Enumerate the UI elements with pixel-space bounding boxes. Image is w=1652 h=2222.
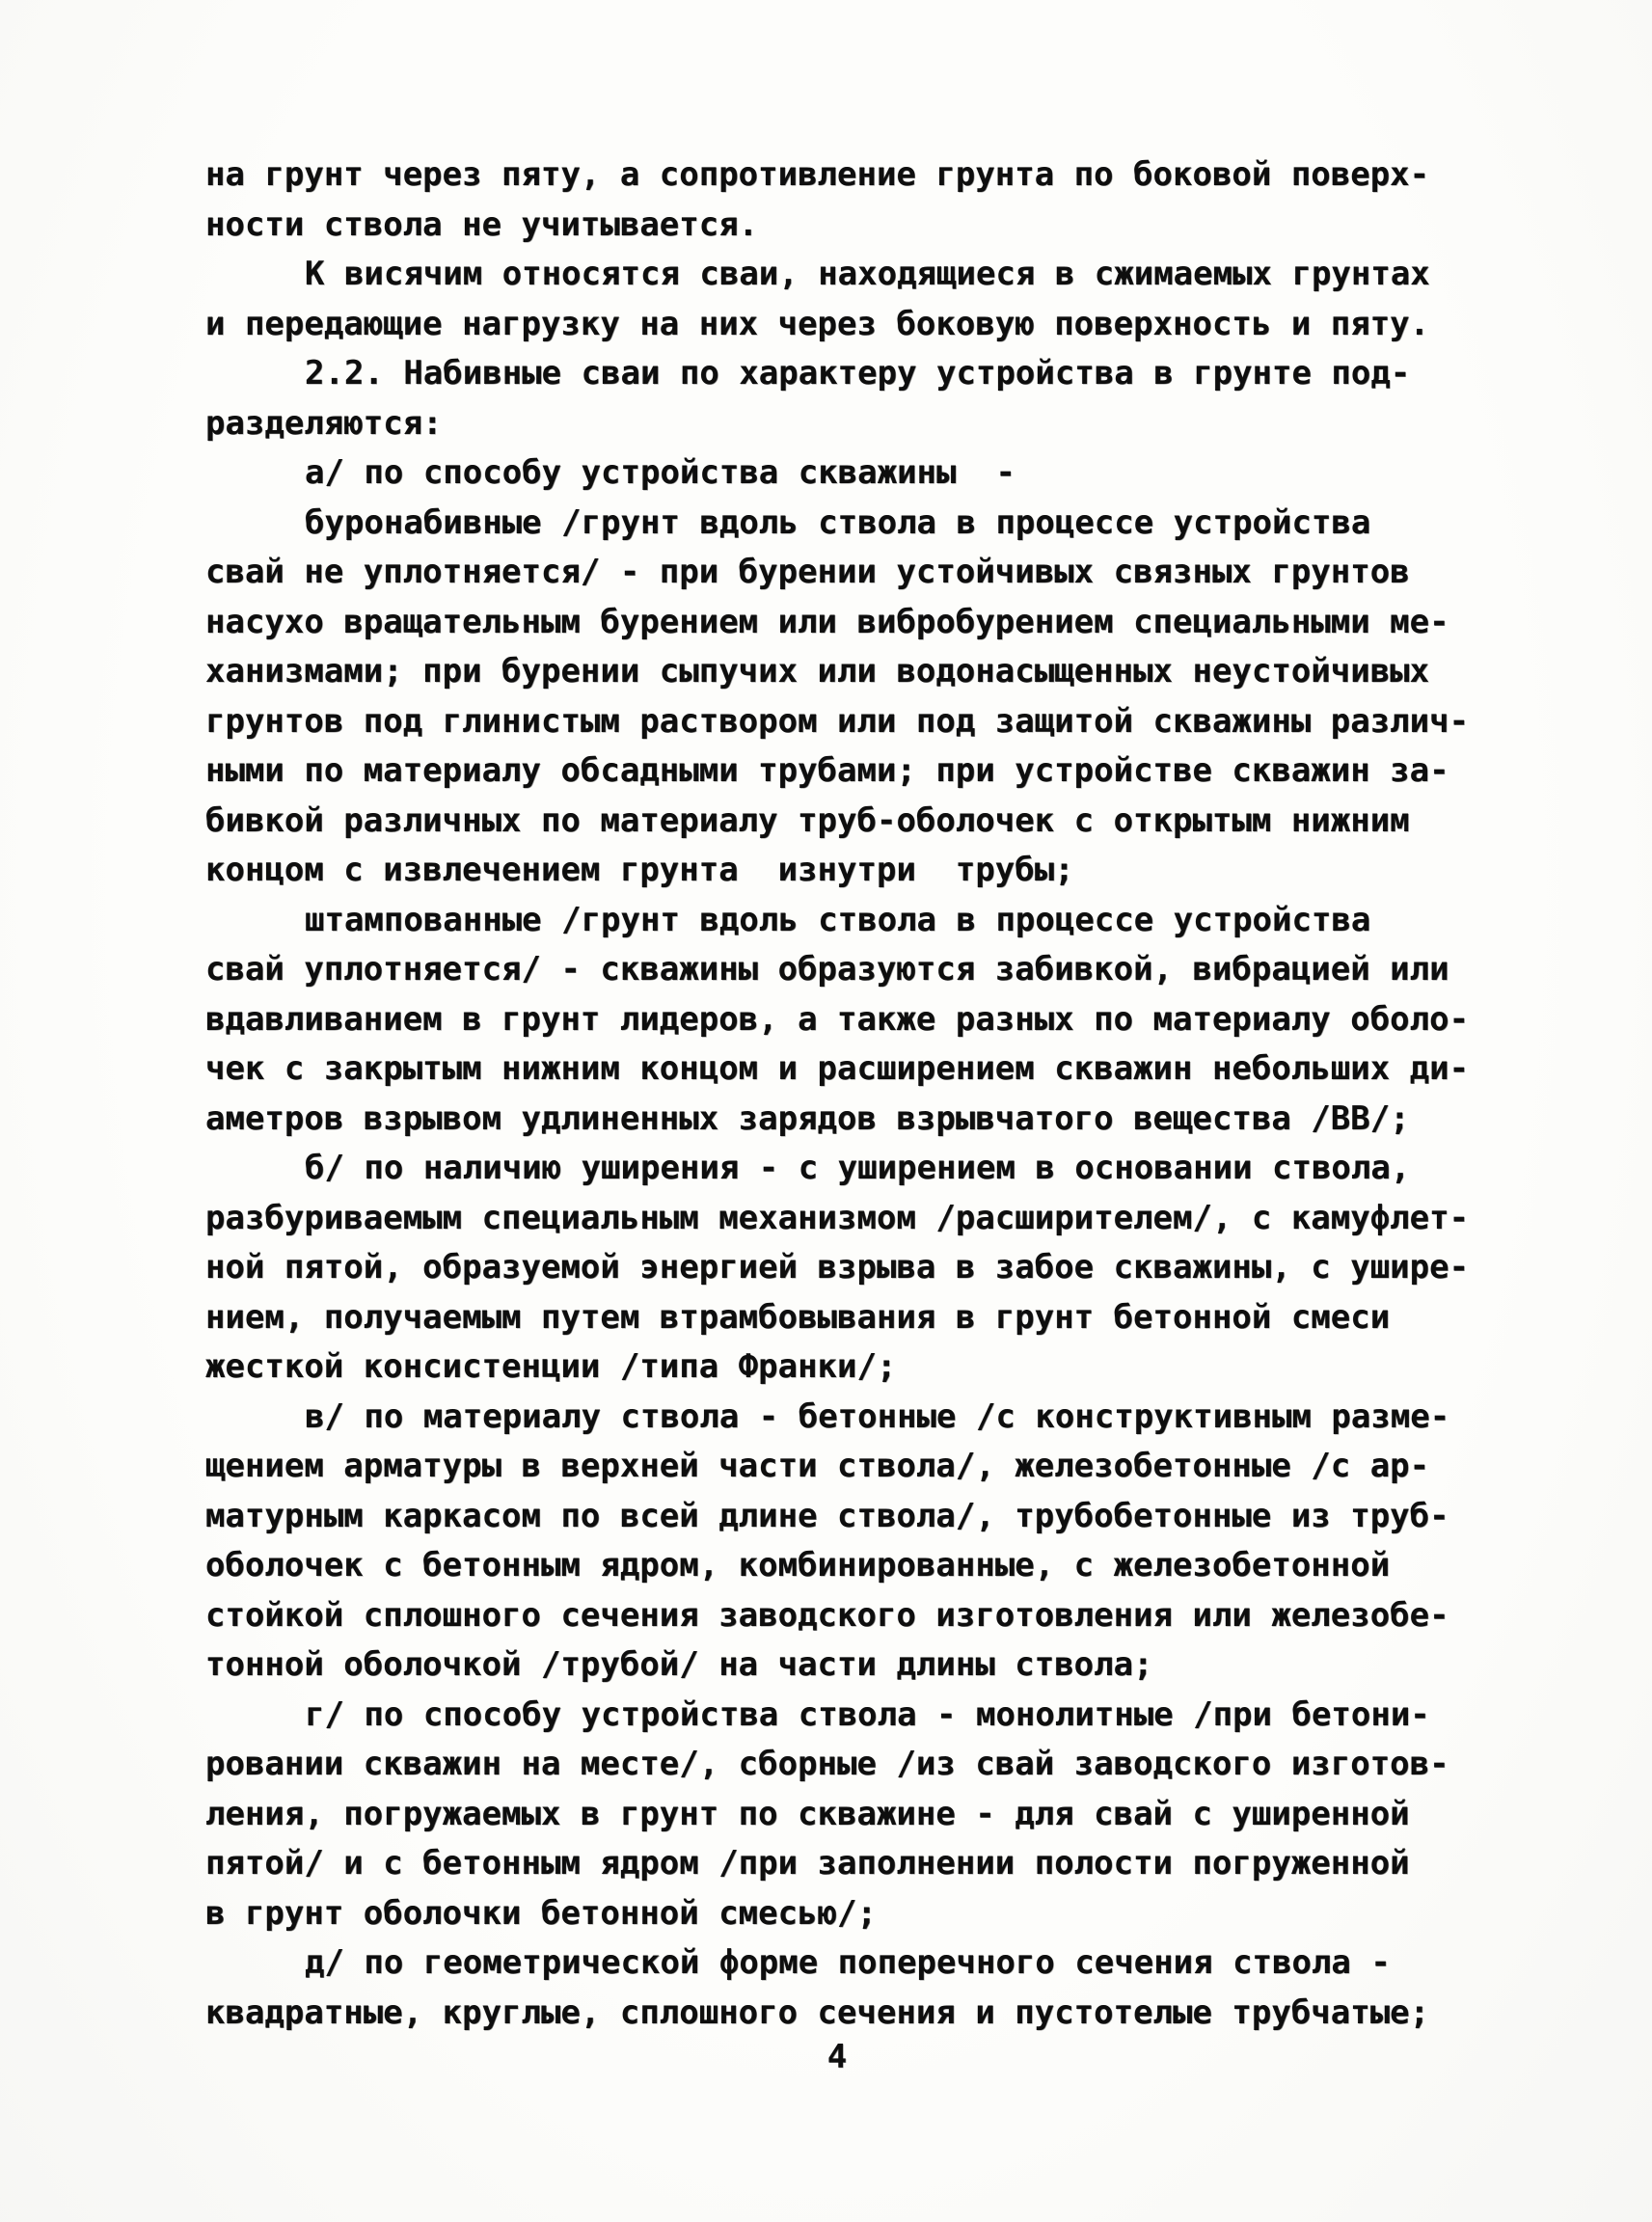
text-line: штампованные /грунт вдоль ствола в проце… <box>305 896 1488 946</box>
text-line: свай не уплотняется/ - при бурении устой… <box>205 548 1488 598</box>
text-line: концом с извлечением грунта изнутри труб… <box>205 846 1488 896</box>
text-line: ными по материалу обсадными трубами; при… <box>205 746 1488 797</box>
text-line: д/ по геометрической форме поперечного с… <box>305 1938 1488 1989</box>
document-body: на грунт через пяту, а сопротивление гру… <box>205 150 1488 2038</box>
text-line: чек с закрытым нижним концом и расширени… <box>205 1044 1488 1095</box>
text-line: жесткой консистенции /типа Франки/; <box>205 1342 1488 1393</box>
text-line: бивкой различных по материалу труб-оболо… <box>205 797 1488 847</box>
scanned-document-page: на грунт через пяту, а сопротивление гру… <box>0 0 1652 2222</box>
text-line: разделяются: <box>205 399 1488 449</box>
text-line: пятой/ и с бетонным ядром /при заполнени… <box>205 1839 1488 1889</box>
text-line: К висячим относятся сваи, находящиеся в … <box>305 250 1488 300</box>
text-line: оболочек с бетонным ядром, комбинированн… <box>205 1541 1488 1591</box>
text-line: ровании скважин на месте/, сборные /из с… <box>205 1740 1488 1790</box>
text-line: стойкой сплошного сечения заводского изг… <box>205 1591 1488 1641</box>
text-line: грунтов под глинистым раствором или под … <box>205 697 1488 747</box>
text-line: буронабивные /грунт вдоль ствола в проце… <box>305 499 1488 549</box>
text-line: в/ по материалу ствола - бетонные /с кон… <box>305 1393 1488 1443</box>
text-line: ления, погружаемых в грунт по скважине -… <box>205 1790 1488 1840</box>
text-line: аметров взрывом удлиненных зарядов взрыв… <box>205 1095 1488 1145</box>
text-line: на грунт через пяту, а сопротивление гру… <box>205 150 1488 201</box>
text-line: матурным каркасом по всей длине ствола/,… <box>205 1492 1488 1542</box>
text-line: ной пятой, образуемой энергией взрыва в … <box>205 1243 1488 1293</box>
text-line: насухо вращательным бурением или вибробу… <box>205 598 1488 648</box>
text-line: тонной оболочкой /трубой/ на части длины… <box>205 1640 1488 1691</box>
text-line: щением арматуры в верхней части ствола/,… <box>205 1442 1488 1492</box>
text-line: свай уплотняется/ - скважины образуются … <box>205 945 1488 995</box>
text-line: разбуриваемым специальным механизмом /ра… <box>205 1194 1488 1244</box>
text-line: а/ по способу устройства скважины - <box>305 448 1488 499</box>
text-line: 2.2. Набивные сваи по характеру устройст… <box>305 349 1488 399</box>
text-line: вдавливанием в грунт лидеров, а также ра… <box>205 995 1488 1045</box>
text-line: ханизмами; при бурении сыпучих или водон… <box>205 647 1488 697</box>
text-line: г/ по способу устройства ствола - моноли… <box>305 1691 1488 1741</box>
text-line: нием, получаемым путем втрамбовывания в … <box>205 1293 1488 1343</box>
text-line: в грунт оболочки бетонной смесью/; <box>205 1889 1488 1939</box>
text-line: квадратные, круглые, сплошного сечения и… <box>205 1989 1488 2039</box>
text-line: б/ по наличию уширения - с уширением в о… <box>305 1144 1488 1194</box>
text-line: ности ствола не учитывается. <box>205 201 1488 251</box>
text-line: и передающие нагрузку на них через боков… <box>205 300 1488 350</box>
page-number: 4 <box>205 2033 1469 2083</box>
